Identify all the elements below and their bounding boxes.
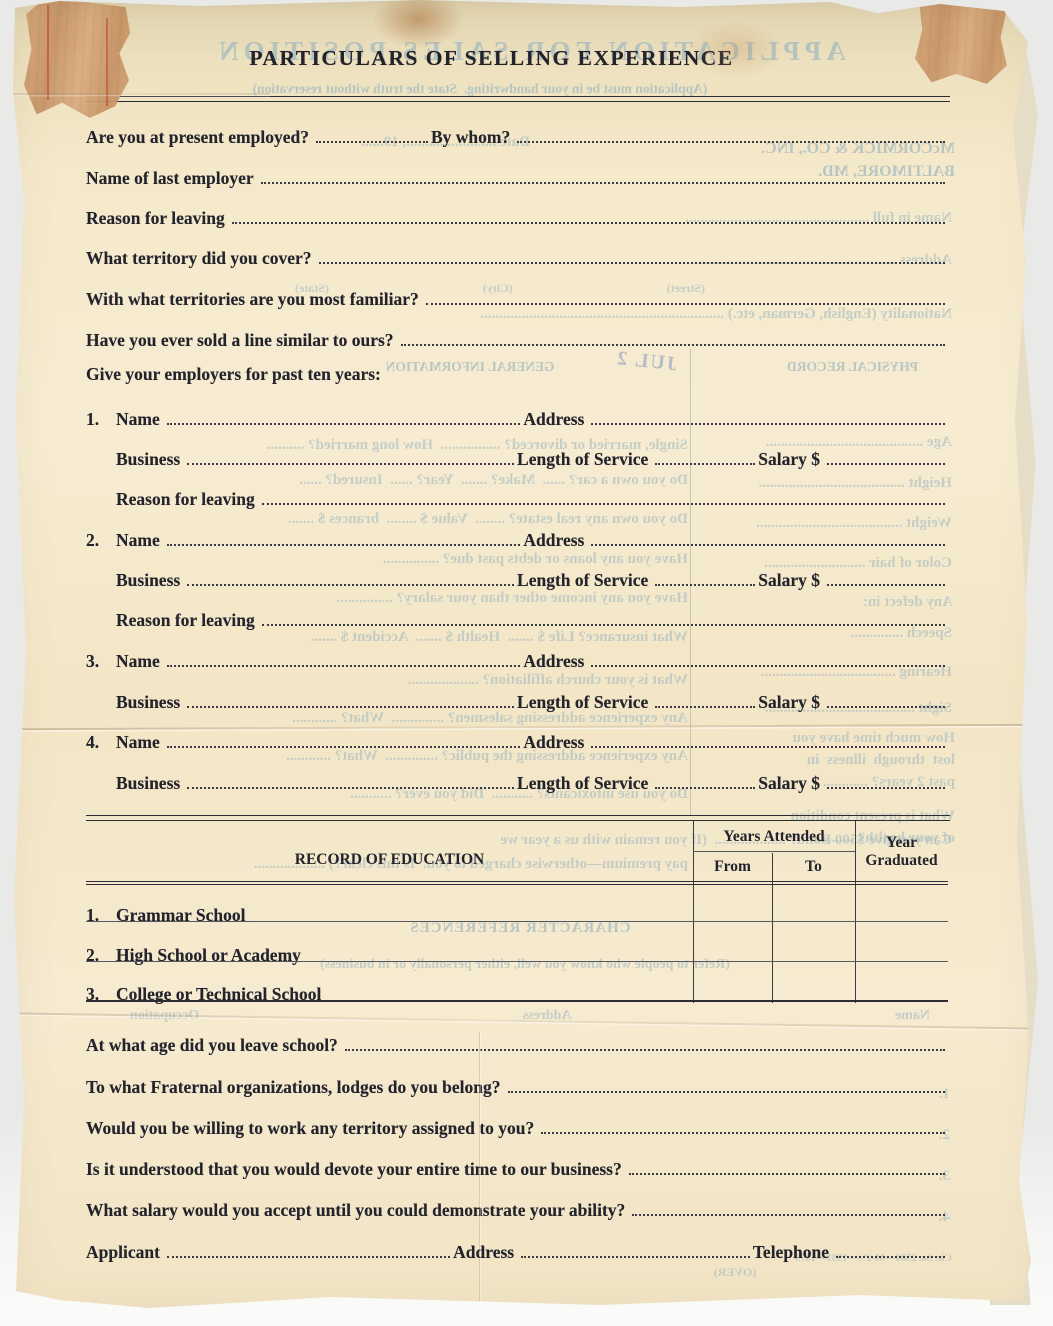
bleed-insurance: What insurance? Life $ ....... Health $ … [218,629,688,646]
business-label: Business [116,694,180,712]
employer-1-reason-row: Reason for leaving [86,484,948,508]
answer-blank [827,783,945,789]
answer-blank [167,419,521,425]
question-leave-school-age: At what age did you leave school? [86,1030,948,1054]
answer-blank [517,137,945,143]
address-label: Address [523,411,584,429]
school-row-label: High School or Academy [116,945,301,966]
question-salary-accept: What salary would you accept until you c… [86,1195,948,1219]
question-label: Would you be willing to work any territo… [86,1120,534,1138]
header-bottom-rule [86,881,948,885]
employer-2-business-row: Business Length of Service Salary $ [86,565,948,589]
from-column-header: From [693,858,772,876]
applicant-label: Applicant [86,1244,160,1262]
years-attended-header: Years Attended [693,828,855,846]
tape-patch-top-left [24,0,130,118]
question-territories-familiar: With what territories are you most famil… [86,284,948,308]
school-row-number: 2. [86,945,99,966]
bleed-ref-address: Address [523,1008,572,1024]
answer-blank [232,218,945,224]
form-paper: APPLICATION FOR SALES POSITION (Applicat… [0,0,1053,1326]
question-label: Are you at present employed? [86,129,309,147]
question-label: With what territories are you most famil… [86,291,419,309]
reason-label: Reason for leaving [116,491,255,509]
salary-label: Salary $ [758,775,820,793]
length-of-service-label: Length of Service [517,694,648,712]
title-divider-rule [86,96,950,102]
answer-blank [187,580,514,586]
name-label: Name [116,734,160,752]
question-label: To what Fraternal organizations, lodges … [86,1079,501,1097]
employers-section-heading: Give your employers for past ten years: [86,359,948,383]
question-entire-time: Is it understood that you would devote y… [86,1154,948,1178]
question-label: Name of last employer [86,170,254,188]
business-label: Business [116,451,180,469]
question-label: Is it understood that you would devote y… [86,1161,622,1179]
answer-blank [541,1128,945,1134]
salary-label: Salary $ [758,572,820,590]
length-of-service-label: Length of Service [517,572,648,590]
answer-blank [655,580,755,586]
length-of-service-label: Length of Service [517,451,648,469]
answer-blank [426,299,945,305]
red-ruling-line [106,18,108,106]
red-ruling-line [47,5,49,100]
question-present-employed: Are you at present employed? By whom? [86,122,948,146]
answer-blank [655,702,755,708]
question-label: At what age did you leave school? [86,1037,338,1055]
question-territory-covered: What territory did you cover? [86,243,948,267]
question-label: Reason for leaving [86,210,225,228]
table-row-line [86,921,948,922]
entry-number: 2. [86,532,116,550]
answer-blank [655,783,755,789]
name-label: Name [116,653,160,671]
answer-blank [316,137,428,143]
employer-1-business-row: Business Length of Service Salary $ [86,444,948,468]
answer-blank [629,1169,945,1175]
tape-patch-top-right [915,0,1007,84]
employer-4-business-row: Business Length of Service Salary $ [86,768,948,792]
question-label: By whom? [431,129,510,147]
bleed-ref-occupation: Occupation [130,1008,199,1024]
table-column-line [693,821,694,1003]
bleed-subtitle: (Application must be in your handwriting… [100,81,860,97]
question-label: What territory did you cover? [86,250,312,268]
answer-blank [187,459,514,465]
bleed-time-lost-2: lost through illness in [772,752,955,769]
bleed-over-note: (OVER) [690,1266,780,1280]
answer-blank [591,419,945,425]
answer-blank [262,499,945,505]
section-heading-label: Give your employers for past ten years: [86,366,381,384]
answer-blank [836,1252,945,1258]
signature-blank [167,1252,450,1258]
answer-blank [827,580,945,586]
answer-blank [632,1210,945,1216]
answer-blank [655,459,755,465]
bleed-reference-columns: Name Address Occupation [130,1008,930,1024]
table-row-line [86,961,948,962]
salary-label: Salary $ [758,451,820,469]
education-table: RECORD OF EDUCATION Years Attended From … [86,821,948,1003]
question-fraternal-orgs: To what Fraternal organizations, lodges … [86,1072,948,1096]
education-section-title: RECORD OF EDUCATION [86,851,693,869]
answer-blank [262,620,945,626]
employer-2-reason-row: Reason for leaving [86,605,948,629]
address-label: Address [523,734,584,752]
form-title: PARTICULARS OF SELLING EXPERIENCE [0,46,983,71]
length-of-service-label: Length of Service [517,775,648,793]
answer-blank [167,540,521,546]
question-similar-line: Have you ever sold a line similar to our… [86,325,948,349]
bleed-addressing-salesmen: Any experience addressing salesmen? ....… [198,710,688,727]
answer-blank [508,1087,945,1093]
name-label: Name [116,411,160,429]
answer-blank [827,459,945,465]
answer-blank [401,340,945,346]
answer-blank [591,661,945,667]
address-label: Address [523,653,584,671]
bleed-ref-name: Name [895,1008,930,1024]
employer-2-name-row: 2. Name Address [86,525,948,549]
scanned-form-page: APPLICATION FOR SALES POSITION (Applicat… [0,0,1053,1326]
table-bottom-rule [86,1000,948,1002]
school-row-number: 1. [86,905,99,926]
name-label: Name [116,532,160,550]
question-label: What salary would you accept until you c… [86,1202,625,1220]
employer-3-name-row: 3. Name Address [86,646,948,670]
signature-row: Applicant Address Telephone [86,1237,948,1261]
answer-blank [187,702,514,708]
answer-blank [521,1252,750,1258]
answer-blank [167,661,521,667]
address-label: Address [523,532,584,550]
answer-blank [827,702,945,708]
question-label: Have you ever sold a line similar to our… [86,332,394,350]
reason-label: Reason for leaving [116,612,255,630]
answer-blank [591,540,945,546]
answer-blank [319,258,945,264]
telephone-label: Telephone [753,1244,829,1262]
entry-number: 4. [86,734,116,752]
address-label: Address [453,1244,514,1262]
business-label: Business [116,775,180,793]
question-any-territory: Would you be willing to work any territo… [86,1113,948,1137]
answer-blank [187,783,514,789]
answer-blank [261,178,945,184]
answer-blank [167,742,521,748]
entry-number: 1. [86,411,116,429]
business-label: Business [116,572,180,590]
entry-number: 3. [86,653,116,671]
question-last-employer: Name of last employer [86,163,948,187]
year-graduated-header: Year Graduated [855,834,948,870]
question-reason-leaving: Reason for leaving [86,203,948,227]
employer-3-business-row: Business Length of Service Salary $ [86,687,948,711]
to-column-header: To [772,858,855,876]
answer-blank [591,742,945,748]
salary-label: Salary $ [758,694,820,712]
employer-1-name-row: 1. Name Address [86,404,948,428]
years-attended-subrule [693,851,855,852]
employer-4-name-row: 4. Name Address [86,727,948,751]
school-row-label: Grammar School [116,905,245,926]
answer-blank [345,1045,945,1051]
